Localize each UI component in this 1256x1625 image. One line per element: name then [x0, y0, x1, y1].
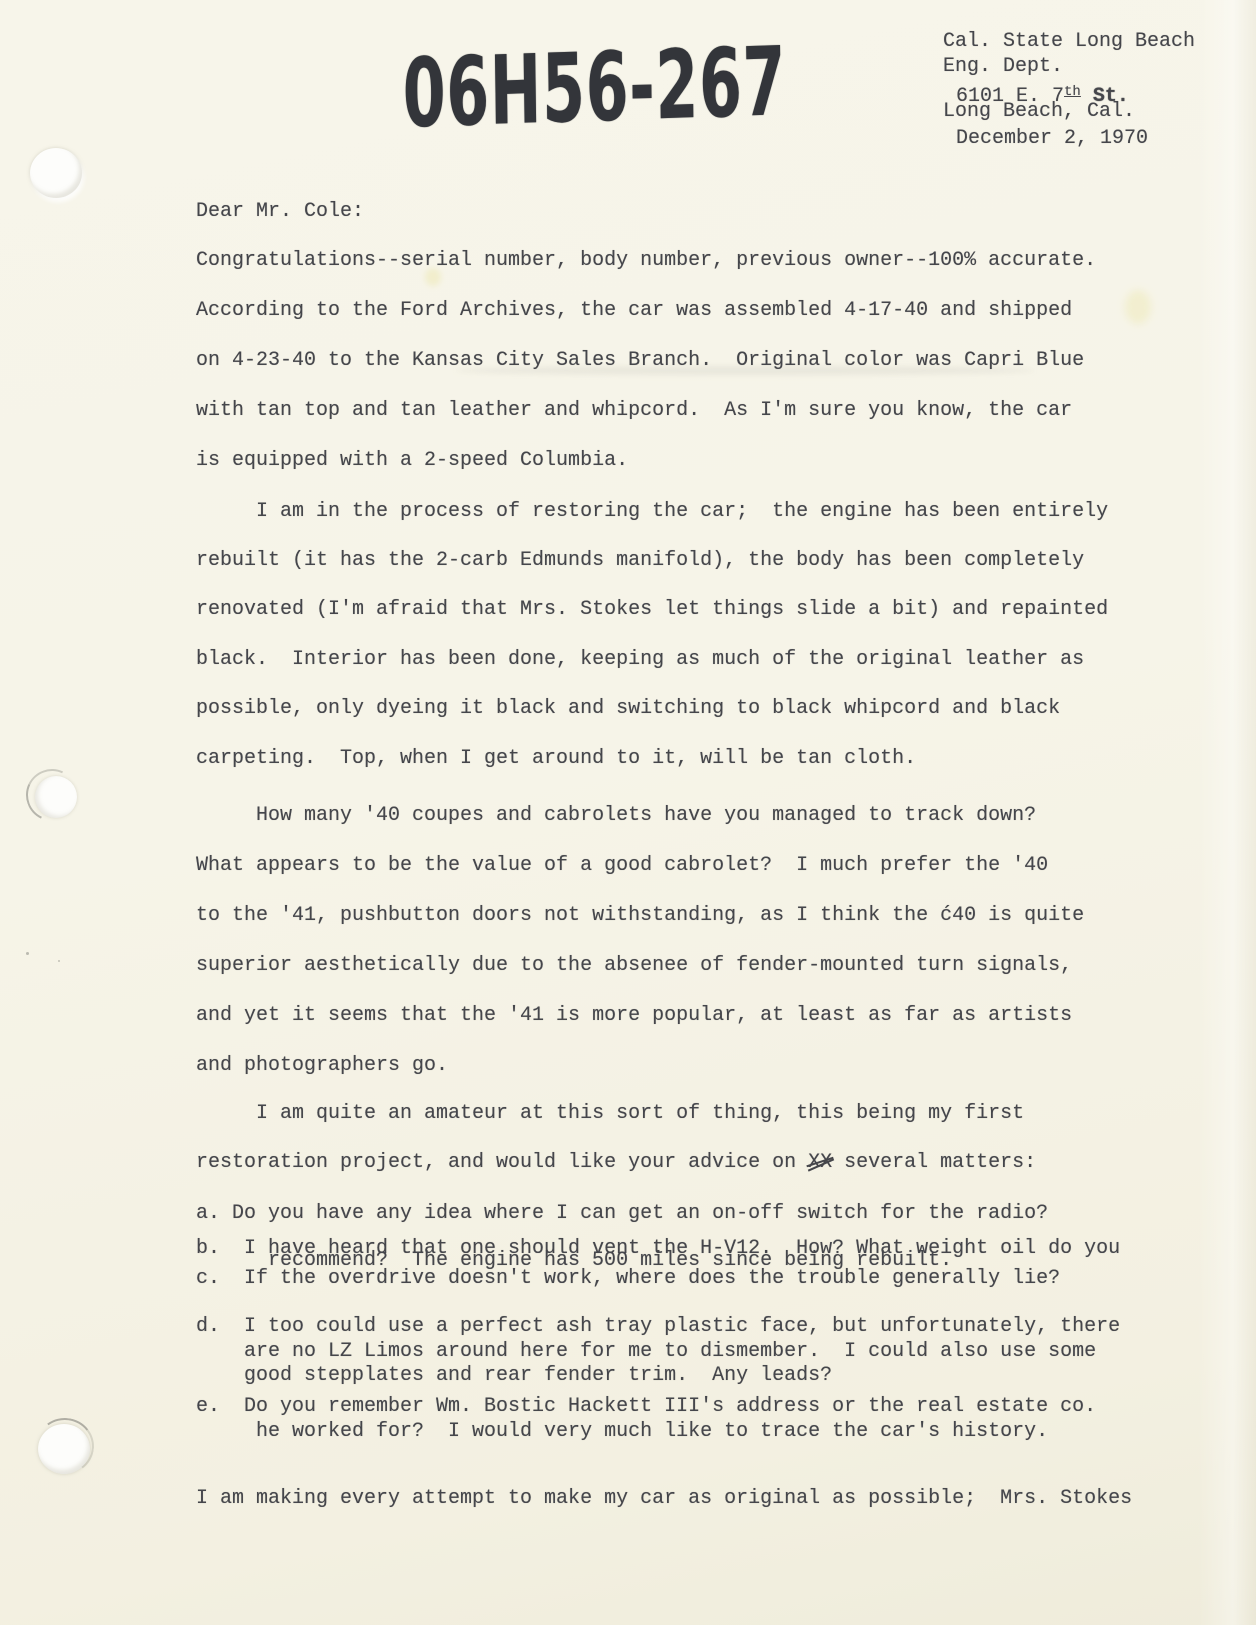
body-text: several matters:	[832, 1151, 1036, 1174]
list-item-c: c. If the overdrive doesn't work, where …	[196, 1266, 1060, 1292]
body-text: restoration project, and would like your…	[196, 1151, 808, 1174]
body-line: and photographers go.	[196, 1053, 448, 1079]
body-line: black. Interior has been done, keeping a…	[196, 647, 1084, 673]
list-item-d: d. I too could use a perfect ash tray pl…	[196, 1314, 1120, 1340]
list-item-d-continued: are no LZ Limos around here for me to di…	[196, 1339, 1096, 1365]
punch-hole-middle	[35, 776, 77, 818]
list-item-a: a. Do you have any idea where I can get …	[196, 1201, 1048, 1227]
body-line: What appears to be the value of a good c…	[196, 853, 1048, 879]
list-item-d-continued: good stepplates and rear fender trim. An…	[196, 1363, 832, 1389]
body-line: to the '41, pushbutton doors not withsta…	[196, 903, 1084, 929]
list-item-e-continued: he worked for? I would very much like to…	[196, 1419, 1048, 1445]
body-line: carpeting. Top, when I get around to it,…	[196, 746, 916, 772]
body-line: Congratulations--serial number, body num…	[196, 248, 1096, 274]
punch-hole-top	[30, 148, 82, 198]
body-line: I am quite an amateur at this sort of th…	[196, 1101, 1024, 1127]
body-line: According to the Ford Archives, the car …	[196, 298, 1072, 324]
salutation: Dear Mr. Cole:	[196, 199, 364, 225]
body-line: with tan top and tan leather and whipcor…	[196, 398, 1072, 424]
body-line: and yet it seems that the '41 is more po…	[196, 1003, 1072, 1029]
body-line: restoration project, and would like your…	[196, 1150, 1036, 1176]
body-line: possible, only dyeing it black and switc…	[196, 696, 1060, 722]
body-line: I am in the process of restoring the car…	[196, 499, 1108, 525]
body-line: renovated (I'm afraid that Mrs. Stokes l…	[196, 597, 1108, 623]
body-line: superior aesthetically due to the absene…	[196, 953, 1072, 979]
list-item-e: e. Do you remember Wm. Bostic Hackett II…	[196, 1394, 1096, 1420]
street-ordinal-suffix: th	[1064, 84, 1081, 100]
body-line: on 4-23-40 to the Kansas City Sales Bran…	[196, 348, 1084, 374]
struck-out-text: XX	[808, 1151, 832, 1174]
scan-speck	[58, 960, 60, 962]
scan-speck	[26, 952, 29, 955]
sender-organization: Cal. State Long Beach	[943, 30, 1195, 54]
letter-page: 06H56-267 Cal. State Long Beach Eng. Dep…	[0, 0, 1256, 1625]
punch-hole-bottom	[38, 1424, 90, 1474]
body-line: How many '40 coupes and cabrolets have y…	[196, 803, 1036, 829]
letter-date: December 2, 1970	[956, 127, 1148, 151]
sender-address-block: Cal. State Long Beach Eng. Dept. 6101 E.…	[943, 30, 1233, 160]
body-line: I am making every attempt to make my car…	[196, 1486, 1132, 1512]
sender-department: Eng. Dept.	[943, 55, 1063, 79]
scan-smudge	[1125, 290, 1151, 324]
handwritten-document-number: 06H56-267	[402, 26, 787, 150]
body-line: is equipped with a 2-speed Columbia.	[196, 448, 628, 474]
body-line: rebuilt (it has the 2-carb Edmunds manif…	[196, 548, 1084, 574]
sender-city: Long Beach, Cal.	[943, 100, 1135, 124]
